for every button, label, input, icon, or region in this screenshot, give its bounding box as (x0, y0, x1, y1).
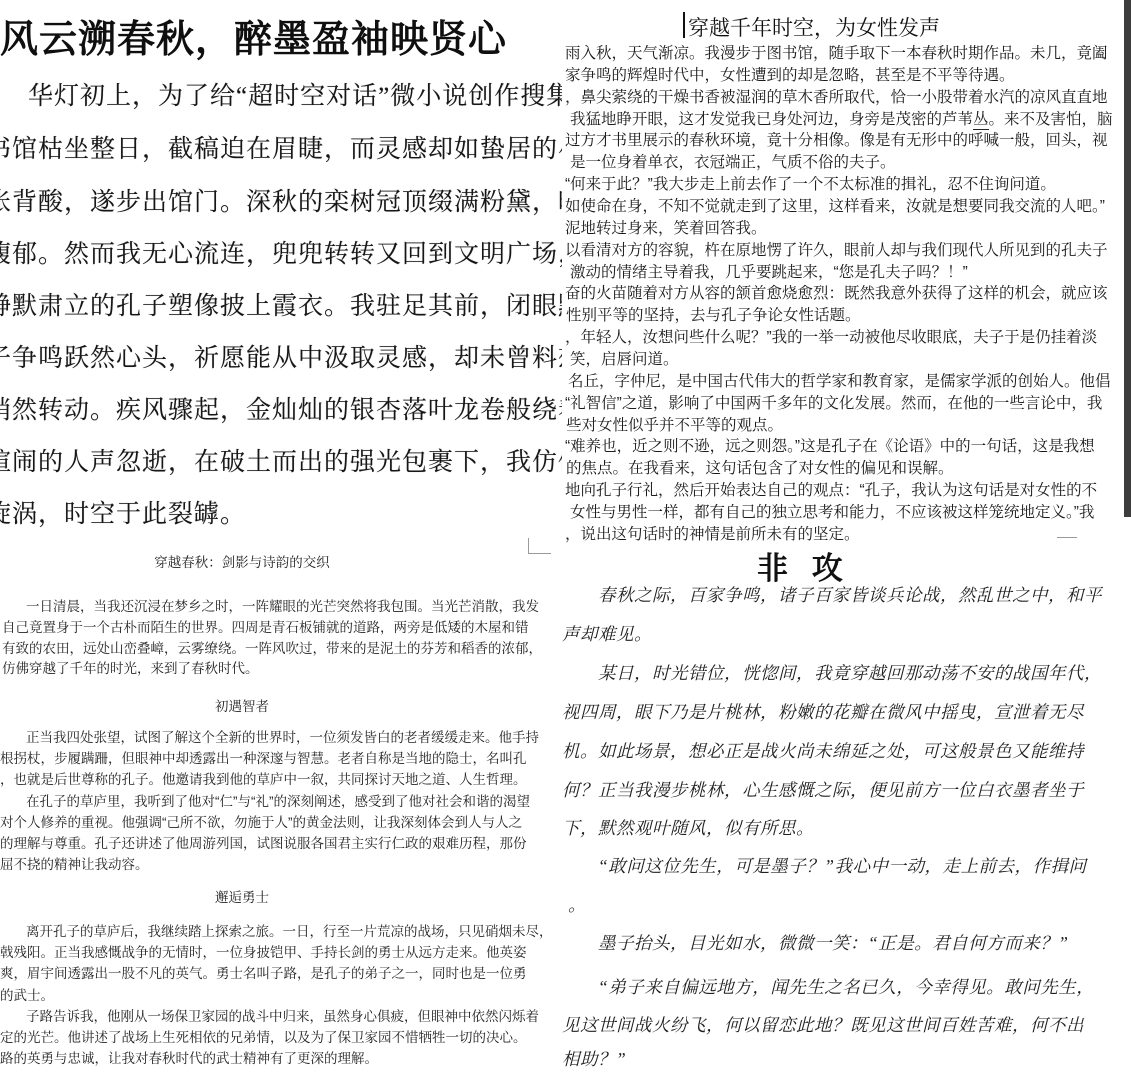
text-line: 有致的农田，远处山峦叠嶂，云雾缭绕。一阵风吹过，带来的是泥土的芬芳和稻香的浓郁， (2, 637, 542, 657)
text-cursor[interactable] (683, 12, 685, 38)
text-line: 屈不挠的精神让我动容。 (0, 853, 149, 873)
text-line: 激动的情绪主导着我，几乎要跳起来，“您是孔夫子吗？！” (570, 260, 968, 282)
text-line: 泥地转过身来，笑着回答我。 (565, 216, 767, 238)
page-title: 风云溯春秋，醉墨盈袖映贤心 (0, 8, 507, 63)
text-line: 对个人修养的重视。他强调“己所不欲，勿施于人”的黄金法则，让我深刻体会到人与人之 (0, 811, 522, 831)
text-line: 定的光芒。他讲述了战场上生死相依的兄弟情，以及为了保卫家园不惜牺牲一切的决心。 (0, 1026, 527, 1046)
text-line: 雨入秋，天气渐凉。我漫步于图书馆，随手取下一本春秋时期作品。未几，竟阖 (565, 41, 1108, 63)
text-line: 旋涡，时空于此裂罅。 (0, 494, 246, 530)
section-heading: 初遇智者 (0, 695, 492, 715)
text-line: 性别平等的坚持，去与孔子争论女性话题。 (566, 303, 861, 325)
text-line: 静默肃立的孔子塑像披上霞衣。我驻足其前，闭眼默祷， (0, 286, 566, 322)
text-line: 胀背酸，遂步出馆门。深秋的栾树冠顶缀满粉黛，晚 (0, 182, 566, 218)
text-line: “难养也，近之则不逊，远之则怨。”这是孔子在《论语》中的一句话，这是我想 (565, 434, 1095, 456)
text-line: “弟子来自偏远地方，闻先生之名已久，今幸得见。敢问先生， (598, 974, 1094, 999)
text-line: 喧闹的人声忽逝，在破土而出的强光包裹下，我仿佛被 (0, 442, 566, 478)
text-line: 自己竟置身于一个古朴而陌生的世界。四周是青石板铺就的道路，两旁是低矮的木屋和错 (2, 616, 529, 636)
text-line: 仿佛穿越了千年的时光，来到了春秋时代。 (2, 657, 259, 677)
text-line: 一日清晨，当我还沉浸在梦乡之时，一阵耀眼的光芒突然将我包围。当光芒消散，我发 (26, 595, 539, 615)
page-title: 穿越千年时空，为女性发声 (688, 12, 940, 42)
text-line: 如使命在身，不知不觉就走到了这里，这样看来，汝就是想要同我交流的人吧。” (565, 194, 1105, 216)
window-edge-bar (1124, 0, 1131, 517)
text-line: 戟残阳。正当我感慨战争的无情时，一位身披铠甲、手持长剑的勇士从远方走来。他英姿 (0, 941, 527, 961)
text-line: 馥郁。然而我无心流连，兜兜转转又回到文明广场，夕 (0, 234, 566, 270)
text-line: 离开孔子的草庐后，我继续踏上探索之旅。一日，行至一片荒凉的战场，只见硝烟未尽， (26, 920, 553, 940)
text-line: 子路告诉我，他刚从一场保卫家园的战斗中归来，虽然身心俱疲，但眼神中依然闪烁着 (26, 1005, 539, 1025)
text-line: 在孔子的草庐里，我听到了他对“仁”与“礼”的深刻阐述，感受到了他对社会和谐的渴望 (26, 790, 530, 810)
text-line: 相助？” (562, 1046, 626, 1071)
text-line: 家争鸣的辉煌时代中，女性遭到的却是忽略，甚至是不平等待遇。 (565, 63, 1015, 85)
text-line: “何来于此？”我大步走上前去作了一个不太标准的揖礼，忍不住询问道。 (565, 172, 1056, 194)
section-heading: 邂逅勇士 (0, 886, 492, 906)
text-line: 何？正当我漫步桃林，心生感慨之际，便见前方一位白衣墨者坐于 (562, 777, 1084, 802)
text-line: 视四周，眼下乃是片桃林，粉嫩的花瓣在微风中摇曳，宣泄着无尽 (562, 699, 1084, 724)
text-line: 声却难见。 (562, 621, 652, 646)
text-segment: 我猛地睁开眼，这才发觉我已身处河边，身旁是茂密的芦苇 (570, 111, 973, 128)
text-line: 的理解与尊重。孔子还讲述了他周游列国，试图说服各国君主实行仁政的艰难历程，那份 (0, 832, 527, 852)
right-document-page: 穿越千年时空，为女性发声 雨入秋，天气渐凉。我漫步于图书馆，随手取下一本春秋时期… (562, 0, 1131, 1081)
margin-corner-mark (1057, 537, 1077, 540)
text-line: 悄然转动。疾风骤起，金灿灿的银杏落叶龙卷般绕着我 (0, 390, 566, 426)
section-heading: 穿越春秋：剑影与诗韵的交织 (0, 551, 492, 571)
text-line: 下，默然观叶随风，似有所思。 (562, 815, 814, 840)
text-line: 子争鸣跃然心头，祈愿能从中汲取灵感，却未曾料想到， (0, 338, 566, 374)
document-canvas: { "colors": { "background": "#ffffff", "… (0, 0, 1131, 1081)
text-line: ，说出这句话时的神情是前所未有的坚定。 (565, 522, 860, 544)
left-document-page-top: 风云溯春秋，醉墨盈袖映贤心 华灯初上，为了给“超时空对话”微小说创作搜集素 书馆… (0, 0, 566, 545)
text-line: 路的英勇与忠诚，让我对春秋时代的武士精神有了更深的理解。 (0, 1047, 378, 1067)
text-line: 书馆枯坐整日，截稿迫在眉睫，而灵感却如蛰居的小兽， (0, 129, 566, 165)
text-line: 名丘，字仲尼，是中国古代伟大的哲学家和教育家，是儒家学派的创始人。他倡 (568, 369, 1111, 391)
text-line: 过方才书里展示的春秋环境，竟十分相像。像是有无形中的呼喊一般，回头，视 (565, 128, 1108, 150)
text-line: 的焦点。在我看来，这句话包含了对女性的偏见和误解。 (566, 456, 954, 478)
text-line: ，年轻人，汝想问些什么呢？”我的一举一动被他尽收眼底，夫子于是仍挂着淡 (565, 325, 1097, 347)
margin-corner-mark (528, 538, 551, 554)
text-line: 爽，眉宇间透露出一股不凡的英气。勇士名叫子路，是孔子的弟子之一，同时也是一位勇 (0, 962, 527, 982)
text-line: 以看清对方的容貌，杵在原地愣了许久，眼前人却与我们现代人所见到的孔夫子 (565, 238, 1108, 260)
text-line: “礼智信”之道，影响了中国两千多年的文化发展。然而，在他的一些言论中，我 (565, 391, 1102, 413)
text-line: 正当我四处张望，试图了解这个全新的世界时，一位须发皆白的老者缓缓走来。他手持 (26, 726, 539, 746)
text-line: 机。如此场景，想必正是战火尚未绵延之处，可这般景色又能维持 (562, 738, 1084, 763)
text-segment: 。来不及害怕，脑 (989, 111, 1113, 128)
text-line: ，也就是后世尊称的孔子。他邀请我到他的草庐中一叙，共同探讨天地之道、人生哲理。 (0, 768, 527, 788)
text-line: 我猛地睁开眼，这才发觉我已身处河边，身旁是茂密的芦苇丛。来不及害怕，脑 (570, 107, 1113, 129)
text-line: “敢问这位先生，可是墨子？”我心中一动，走上前去，作揖问 (598, 853, 1086, 878)
text-line: 见这世间战火纷飞，何以留恋此地？既见这世间百姓苦难，何不出 (562, 1012, 1084, 1037)
text-line: 。 (568, 892, 586, 917)
text-line: 墨子抬头，目光如水，微微一笑：“正是。君自何方而来？” (598, 930, 1068, 955)
text-line: 是一位身着单衣，衣冠端正，气质不俗的夫子。 (570, 150, 896, 172)
left-document-page-bottom: 穿越春秋：剑影与诗韵的交织 一日清晨，当我还沉浸在梦乡之时，一阵耀眼的光芒突然将… (0, 545, 556, 1081)
text-line: 春秋之际，百家争鸣，诸子百家皆谈兵论战，然乱世之中，和平 (598, 582, 1102, 607)
text-line: ，鼻尖萦绕的干燥书香被湿润的草木香所取代，恰一小股带着水汽的凉风直直地 (565, 85, 1108, 107)
text-line: 女性与男性一样，都有自己的独立思考和能力，不应该被这样笼统地定义。”我 (570, 500, 1094, 522)
text-line: 华灯初上，为了给“超时空对话”微小说创作搜集素 (28, 76, 566, 112)
text-line: 根拐杖，步履蹒跚，但眼神中却透露出一种深邃与智慧。老者自称是当地的隐士，名叫孔 (0, 747, 527, 767)
text-line: 地向孔子行礼，然后开始表达自己的观点：“孔子，我认为这句话是对女性的不 (565, 478, 1097, 500)
text-line: 的武士。 (0, 984, 54, 1004)
text-line: 些对女性似乎并不平等的观点。 (566, 413, 783, 435)
text-line: 笑，启唇问道。 (570, 347, 679, 369)
text-line: 奋的火苗随着对方从容的颔首愈烧愈烈：既然我意外获得了这样的机会，就应该 (565, 281, 1108, 303)
text-line: 某日，时光错位，恍惚间，我竟穿越回那动荡不安的战国年代， (598, 660, 1102, 685)
